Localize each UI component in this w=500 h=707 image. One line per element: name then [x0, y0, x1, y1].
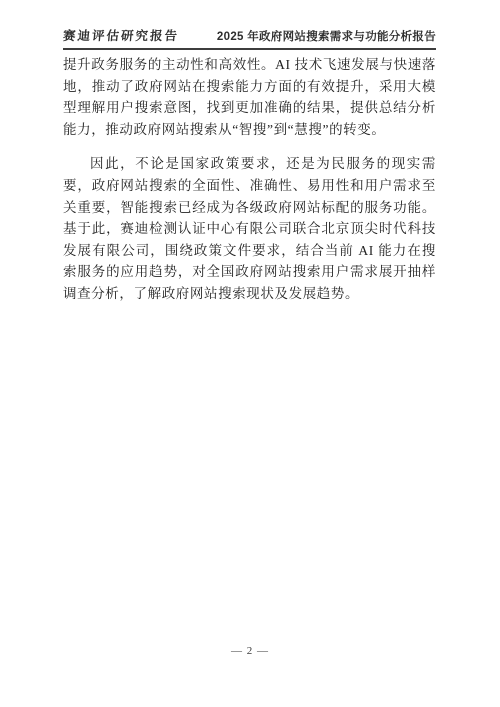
brand-logo-text: 赛迪评估研究报告	[62, 26, 180, 44]
document-page: 赛迪评估研究报告 2025 年政府网站搜索需求与功能分析报告 提升政务服务的主动…	[0, 0, 500, 707]
report-title: 2025 年政府网站搜索需求与功能分析报告	[217, 28, 436, 44]
document-body: 提升政务服务的主动性和高效性。AI 技术飞速发展与快速落地，推动了政府网站在搜索…	[63, 54, 436, 305]
body-paragraph-2: 因此，不论是国家政策要求，还是为民服务的现实需要，政府网站搜索的全面性、准确性、…	[63, 153, 436, 304]
body-paragraph-1: 提升政务服务的主动性和高效性。AI 技术飞速发展与快速落地，推动了政府网站在搜索…	[63, 54, 436, 140]
page-number: — 2 —	[231, 645, 269, 657]
header-divider	[63, 48, 436, 50]
page-header: 赛迪评估研究报告 2025 年政府网站搜索需求与功能分析报告	[63, 26, 436, 44]
page-footer: — 2 —	[0, 641, 500, 659]
